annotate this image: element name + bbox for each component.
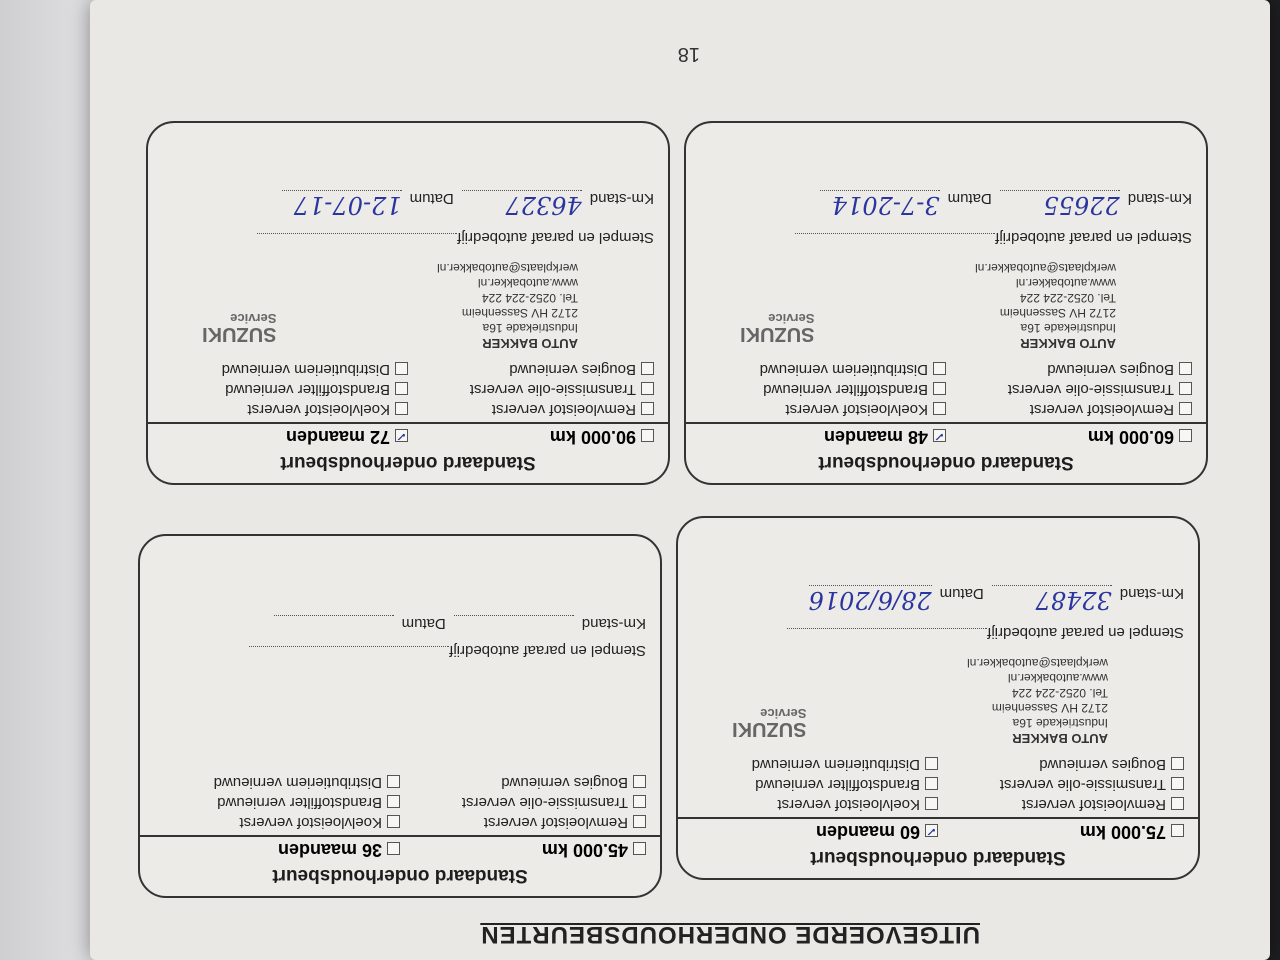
service-item[interactable]: Remvloeistof ververst: [408, 401, 654, 418]
page-number: 18: [678, 42, 700, 65]
dealer-stamp: [154, 659, 570, 764]
signature-line: Stempel en paraaf autobedrijf: [700, 229, 1192, 246]
checkbox-icon: [1179, 402, 1192, 415]
service-item[interactable]: Transmissie-olie ververst: [408, 381, 654, 398]
card-heading: Standaard onderhoudsbeurt: [686, 449, 1206, 483]
dealer-stamp: AUTO BAKKERIndustriekade 16a2172 HV Sass…: [700, 246, 1116, 351]
checkbox-icon: [641, 402, 654, 415]
checkbox-icon: [641, 362, 654, 375]
service-items: Remvloeistof ververstKoelvloeistof verve…: [140, 770, 660, 835]
checkbox-icon: [633, 795, 646, 808]
service-item[interactable]: Remvloeistof ververst: [938, 796, 1184, 813]
checkbox-icon: [633, 815, 646, 828]
card-heading: Standaard onderhoudsbeurt: [140, 862, 660, 896]
checkbox-icon: [1171, 824, 1184, 837]
month-interval[interactable]: ✓60 maanden: [692, 821, 938, 842]
checkbox-icon: [933, 382, 946, 395]
interval-row: 60.000 km ✓48 maanden: [686, 422, 1206, 449]
service-card: Standaard onderhoudsbeurt 75.000 km ✓60 …: [676, 516, 1200, 880]
service-item[interactable]: Remvloeistof ververst: [946, 401, 1192, 418]
checkbox-icon: [925, 777, 938, 790]
checkbox-icon: [387, 815, 400, 828]
checkbox-icon: [1179, 362, 1192, 375]
km-interval[interactable]: 75.000 km: [938, 821, 1184, 842]
checkbox-icon: ✓: [395, 429, 408, 442]
checkbox-icon: [925, 757, 938, 770]
service-item[interactable]: Brandstoffilter vernieuwd: [692, 776, 938, 793]
checkbox-icon: [387, 795, 400, 808]
checkbox-icon: [395, 382, 408, 395]
page-title: UITGEVOERDE ONDERHOUDSBEURTEN: [480, 920, 980, 948]
service-item[interactable]: Bougies vernieuwd: [400, 774, 646, 791]
date-value[interactable]: [274, 615, 394, 616]
checkbox-icon: [1171, 757, 1184, 770]
km-interval[interactable]: 60.000 km: [946, 426, 1192, 447]
service-item[interactable]: Bougies vernieuwd: [938, 756, 1184, 773]
month-interval[interactable]: 36 maanden: [154, 839, 400, 860]
service-items: Remvloeistof ververstKoelvloeistof verve…: [678, 752, 1198, 817]
checkbox-icon: [933, 402, 946, 415]
checkbox-icon: [1179, 382, 1192, 395]
checkbox-icon: [641, 382, 654, 395]
km-interval[interactable]: 90.000 km: [408, 426, 654, 447]
checkbox-icon: [387, 842, 400, 855]
date-value[interactable]: 12-07-17: [282, 190, 402, 219]
km-value[interactable]: 46327: [462, 190, 582, 219]
interval-row: 90.000 km ✓72 maanden: [148, 422, 668, 449]
checkbox-icon: [1179, 429, 1192, 442]
service-item[interactable]: Distributieriem vernieuwd: [692, 756, 938, 773]
checkbox-icon: [933, 362, 946, 375]
service-card: Standaard onderhoudsbeurt 45.000 km 36 m…: [138, 534, 662, 898]
signature-line: Stempel en paraaf autobedrijf: [162, 229, 654, 246]
service-item[interactable]: Brandstoffilter vernieuwd: [700, 381, 946, 398]
service-item[interactable]: Koelvloeistof ververst: [162, 401, 408, 418]
service-item[interactable]: Distributieriem vernieuwd: [162, 361, 408, 378]
card-heading: Standaard onderhoudsbeurt: [148, 449, 668, 483]
service-item[interactable]: Bougies vernieuwd: [408, 361, 654, 378]
signature-line: Stempel en paraaf autobedrijf: [692, 624, 1184, 641]
km-date-row: Km-stand46327 Datum12-07-17: [162, 190, 654, 219]
checkbox-icon: [1171, 797, 1184, 810]
service-item[interactable]: Transmissie-olie ververst: [938, 776, 1184, 793]
dealer-stamp: AUTO BAKKERIndustriekade 16a2172 HV Sass…: [692, 641, 1108, 746]
month-interval[interactable]: ✓48 maanden: [700, 426, 946, 447]
checkbox-icon: [925, 797, 938, 810]
service-items: Remvloeistof ververstKoelvloeistof verve…: [148, 357, 668, 422]
checkbox-icon: [1171, 777, 1184, 790]
service-item[interactable]: Koelvloeistof ververst: [154, 814, 400, 831]
service-item[interactable]: Brandstoffilter vernieuwd: [154, 794, 400, 811]
checkbox-icon: [641, 429, 654, 442]
checkbox-icon: [387, 775, 400, 788]
checkbox-icon: ✓: [933, 429, 946, 442]
km-value[interactable]: [454, 615, 574, 616]
suzuki-logo: SUZUKIService: [740, 311, 814, 341]
signature-line: Stempel en paraaf autobedrijf: [154, 642, 646, 659]
date-value[interactable]: 3-7-2014: [820, 190, 940, 219]
km-interval[interactable]: 45.000 km: [400, 839, 646, 860]
checkbox-icon: [633, 775, 646, 788]
km-value[interactable]: 32487: [992, 585, 1112, 614]
service-item[interactable]: Bougies vernieuwd: [946, 361, 1192, 378]
service-item[interactable]: Brandstoffilter vernieuwd: [162, 381, 408, 398]
checkbox-icon: [633, 842, 646, 855]
km-value[interactable]: 22655: [1000, 190, 1120, 219]
service-item[interactable]: Distributieriem vernieuwd: [700, 361, 946, 378]
checkbox-icon: ✓: [925, 824, 938, 837]
service-items: Remvloeistof ververstKoelvloeistof verve…: [686, 357, 1206, 422]
service-item[interactable]: Transmissie-olie ververst: [400, 794, 646, 811]
service-item[interactable]: Koelvloeistof ververst: [700, 401, 946, 418]
suzuki-logo: SUZUKIService: [732, 706, 806, 736]
month-interval[interactable]: ✓72 maanden: [162, 426, 408, 447]
service-card: Standaard onderhoudsbeurt 60.000 km ✓48 …: [684, 121, 1208, 485]
suzuki-logo: SUZUKIService: [202, 311, 276, 341]
booklet-page: UITGEVOERDE ONDERHOUDSBEURTEN 18 Standaa…: [90, 0, 1270, 960]
service-card: Standaard onderhoudsbeurt 90.000 km ✓72 …: [146, 121, 670, 485]
service-item[interactable]: Distributieriem vernieuwd: [154, 774, 400, 791]
km-date-row: Km-stand22655 Datum3-7-2014: [700, 190, 1192, 219]
interval-row: 45.000 km 36 maanden: [140, 835, 660, 862]
checkbox-icon: [395, 402, 408, 415]
interval-row: 75.000 km ✓60 maanden: [678, 817, 1198, 844]
km-date-row: Km-stand Datum: [154, 615, 646, 632]
dealer-stamp: AUTO BAKKERIndustriekade 16a2172 HV Sass…: [162, 246, 578, 351]
km-date-row: Km-stand32487 Datum28/6/2016: [692, 585, 1184, 614]
service-item[interactable]: Koelvloeistof ververst: [692, 796, 938, 813]
date-value[interactable]: 28/6/2016: [809, 585, 932, 614]
checkbox-icon: [395, 362, 408, 375]
service-item[interactable]: Transmissie-olie ververst: [946, 381, 1192, 398]
service-item[interactable]: Remvloeistof ververst: [400, 814, 646, 831]
card-heading: Standaard onderhoudsbeurt: [678, 844, 1198, 878]
